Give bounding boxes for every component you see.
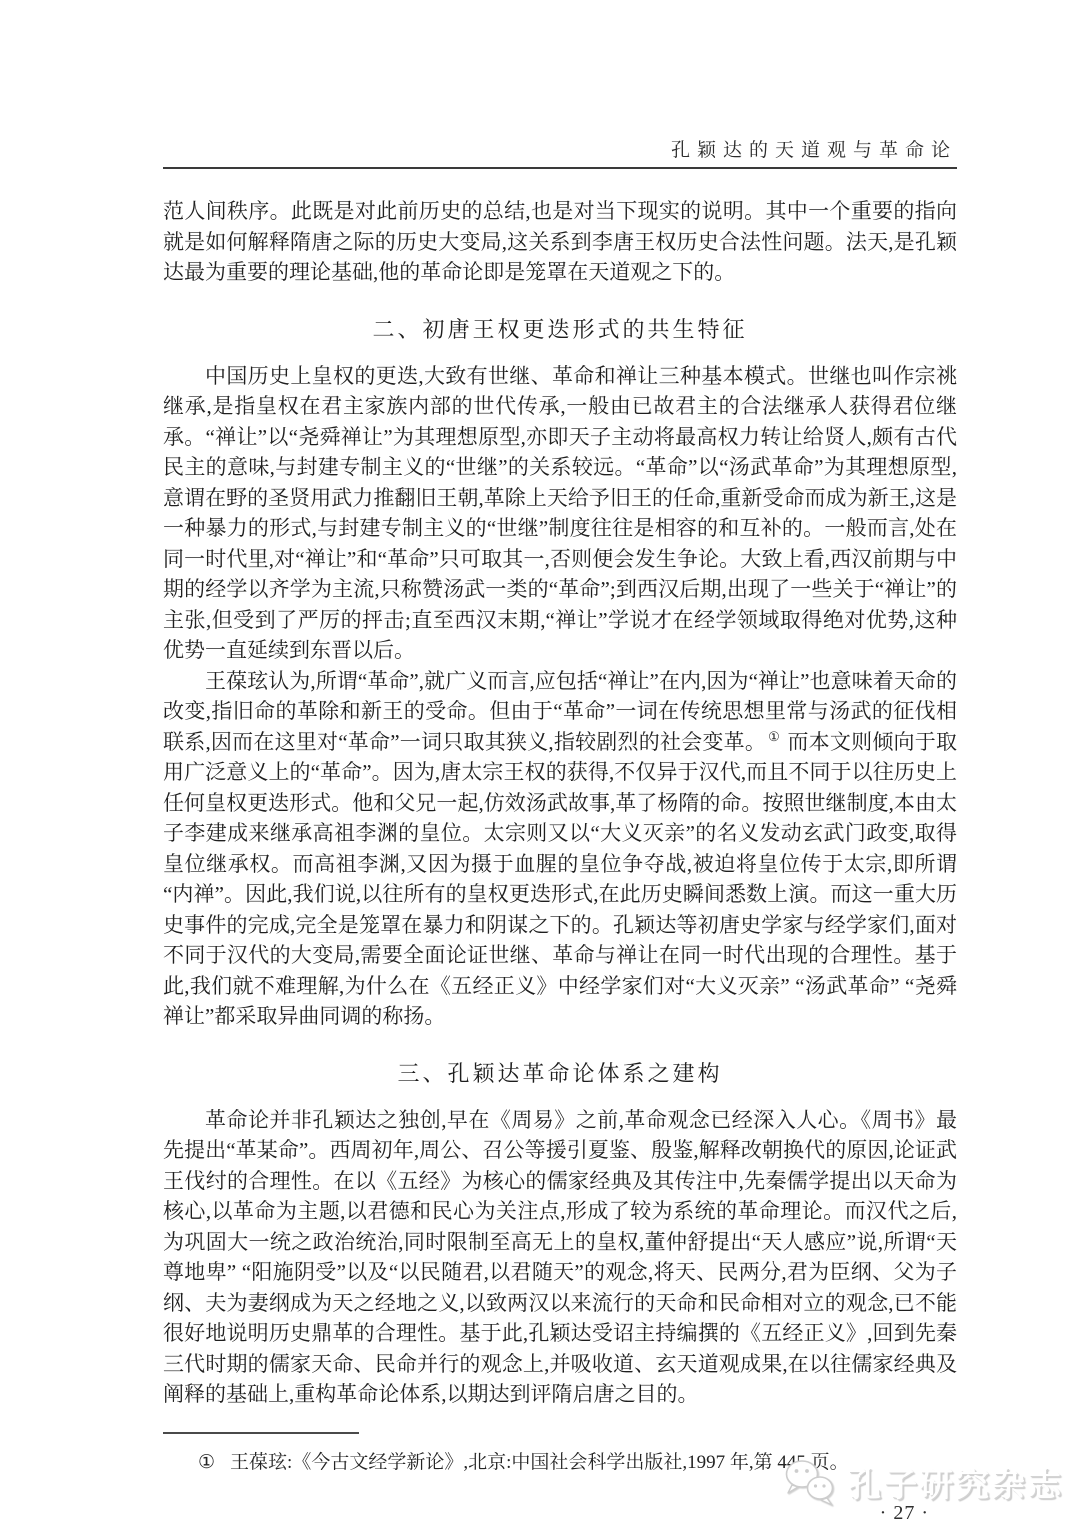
scanned-journal-page: 孔颖达的天道观与革命论 范人间秩序。此既是对此前历史的总结,也是对当下现实的说明… — [0, 0, 1080, 1526]
header-rule — [163, 167, 957, 169]
wechat-icon — [782, 1458, 838, 1506]
paragraph-intro: 范人间秩序。此既是对此前历史的总结,也是对当下现实的说明。其中一个重要的指向就是… — [163, 196, 957, 288]
running-header: 孔颖达的天道观与革命论 — [163, 0, 957, 162]
watermark-text: 孔子研究杂志 — [848, 1459, 1064, 1506]
section-heading-3: 三、孔颖达革命论体系之建构 — [163, 1057, 957, 1088]
paragraph-section3-1: 革命论并非孔颖达之独创,早在《周易》之前,革命观念已经深入人心。《周书》最先提出… — [163, 1105, 957, 1410]
paragraph-text: 而本文则倾向于取用广泛意义上的“革命”。因为,唐太宗王权的获得,不仅异于汉代,而… — [163, 730, 957, 1029]
paragraph-section2-2: 王葆玹认为,所谓“革命”,就广义而言,应包括“禅让”在内,因为“禅让”也意味着天… — [163, 666, 957, 1032]
footnote-ref-1: ① — [766, 729, 782, 744]
footnote-marker: ① — [198, 1452, 215, 1473]
article-body: 范人间秩序。此既是对此前历史的总结,也是对当下现实的说明。其中一个重要的指向就是… — [163, 196, 957, 1410]
paragraph-section2-1: 中国历史上皇权的更迭,大致有世继、革命和禅让三种基本模式。世继也叫作宗祧继承,是… — [163, 361, 957, 666]
section-heading-2: 二、初唐王权更迭形式的共生特征 — [163, 313, 957, 344]
journal-watermark: 孔子研究杂志 — [782, 1458, 1064, 1506]
footnote-rule — [163, 1432, 359, 1434]
footnote-text: 王葆玹:《今古文经学新论》,北京:中国社会科学出版社,1997 年,第 445 … — [230, 1452, 849, 1473]
page-content-column: 孔颖达的天道观与革命论 范人间秩序。此既是对此前历史的总结,也是对当下现实的说明… — [163, 0, 957, 1525]
